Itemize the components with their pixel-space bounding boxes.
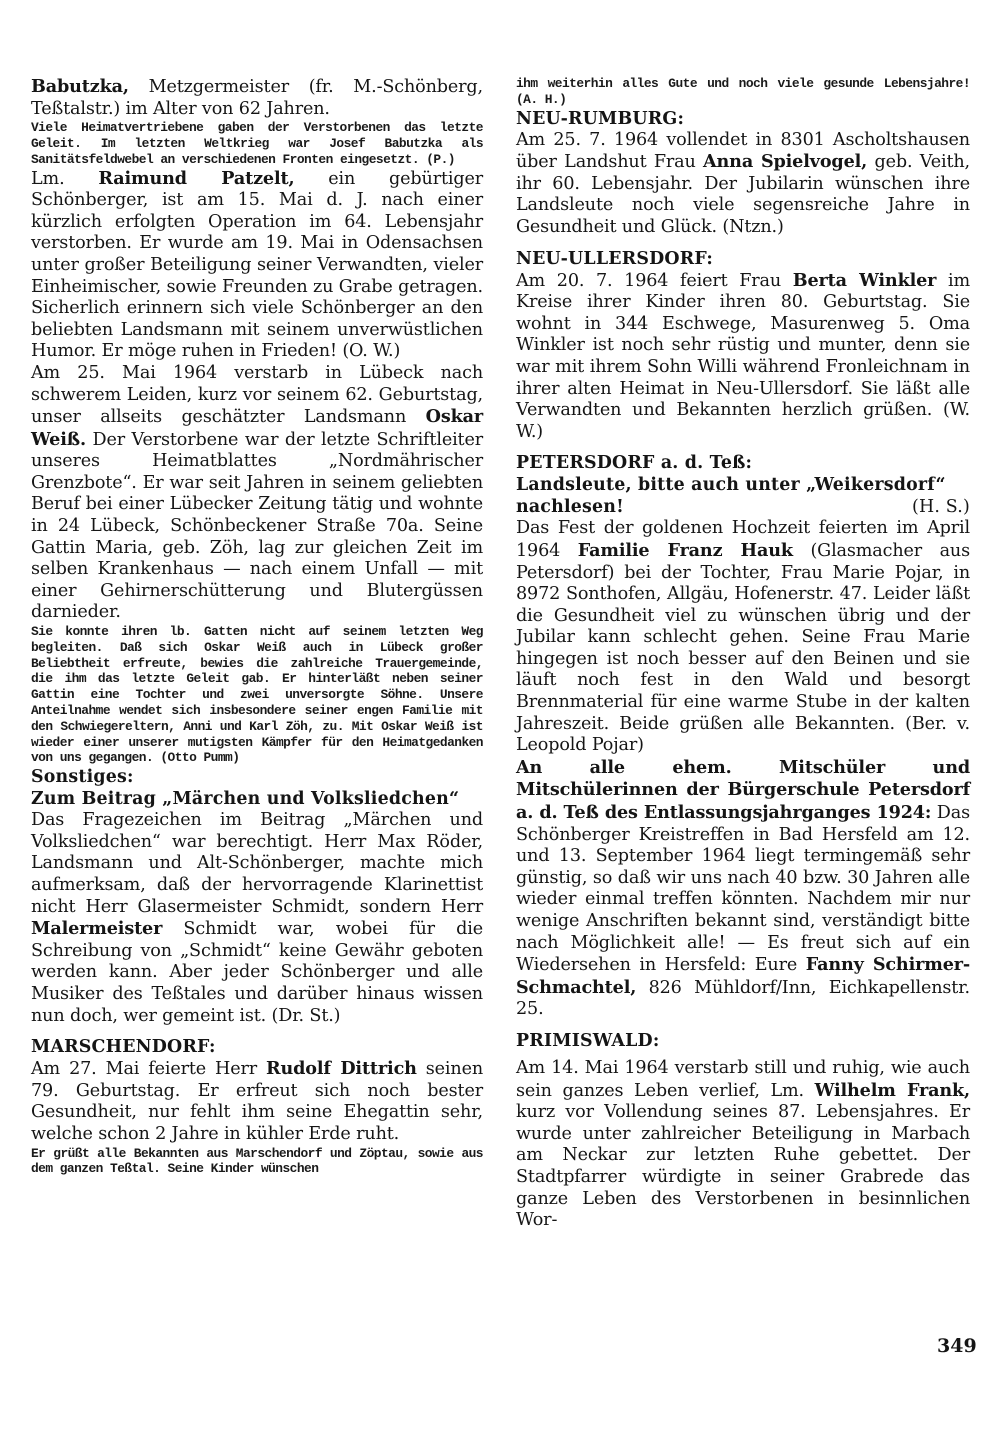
article-paragraph: Lm. Raimund Patzelt, ein gebürtiger Schö… [31, 168, 483, 363]
note-paragraph: Er grüßt alle Bekannten aus Marschendorf… [31, 1146, 483, 1178]
section-heading-zum-beitrag-märchen-und-volksliedchen: Zum Beitrag „Märchen und Volksliedchen“ [31, 788, 483, 810]
section-heading-neu-ullersdorf: NEU-ULLERSDORF: [516, 248, 970, 270]
text-run: Der Verstorbene war der letzte Schriftle… [31, 430, 483, 623]
text-run: im Kreise ihrer Kinder ihren 80. Geburts… [516, 271, 970, 442]
heading-text: Landsleute, bitte auch unter „Weikersdor… [516, 475, 946, 517]
text-run: ein gebürtiger Schönberger, ist am 15. M… [31, 169, 483, 362]
bold-name: Raimund Patzelt, [98, 168, 294, 189]
newsletter-page: Babutzka, Metzgermeister (fr. M.-Schönbe… [0, 0, 1000, 1432]
page-number: 349 [937, 1335, 977, 1357]
text-run: ihm weiterhin alles Gute und noch viele … [516, 76, 970, 107]
article-paragraph: Am 25. Mai 1964 verstarb in Lübeck nach … [31, 363, 483, 624]
section-heading-neu-rumburg: NEU-RUMBURG: [516, 108, 970, 130]
article-paragraph: An alle ehem. Mitschüler und Mitschüleri… [516, 757, 970, 1021]
bold-name: Malermeister [31, 918, 162, 939]
article-paragraph: Am 14. Mai 1964 verstarb still und ruhig… [516, 1058, 970, 1232]
text-run: Lm. [31, 169, 98, 189]
bold-name: Berta Winkler [793, 270, 937, 291]
section-heading-petersdorf-a-d-teß: PETERSDORF a. d. Teß: [516, 452, 970, 474]
text-run: Viele Heimatvertriebene gaben der Versto… [31, 120, 483, 167]
bold-name: Babutzka, [31, 76, 129, 97]
note-paragraph: Viele Heimatvertriebene gaben der Versto… [31, 120, 483, 167]
text-run: Am 25. Mai 1964 verstarb in Lübeck nach … [31, 363, 483, 427]
bold-name: An alle ehem. Mitschüler und Mitschüleri… [516, 757, 970, 823]
section-heading-primiswald: PRIMISWALD: [516, 1030, 970, 1052]
note-paragraph: ihm weiterhin alles Gute und noch viele … [516, 76, 970, 108]
section-heading-landsleute-bitte-auch-unter-weikersdorf-: Landsleute, bitte auch unter „Weikersdor… [516, 474, 970, 518]
left-column: Babutzka, Metzgermeister (fr. M.-Schönbe… [31, 76, 483, 1177]
article-paragraph: Am 27. Mai feierte Herr Rudolf Dittrich … [31, 1058, 483, 1145]
text-run: Er grüßt alle Bekannten aus Marschendorf… [31, 1146, 483, 1177]
text-run: Am 20. 7. 1964 feiert Frau [516, 271, 793, 291]
bold-name: Anna Spielvogel, [703, 151, 867, 172]
bold-name: Rudolf Dittrich [266, 1058, 417, 1079]
text-run: Sie konnte ihren lb. Gatten nicht auf se… [31, 624, 483, 765]
note-paragraph: Sie konnte ihren lb. Gatten nicht auf se… [31, 624, 483, 766]
right-column: ihm weiterhin alles Gute und noch viele … [516, 76, 970, 1232]
text-run: kurz vor Vollendung seines 87. Lebensjah… [516, 1102, 970, 1230]
author-signature: (H. S.) [912, 496, 970, 518]
text-run: Das Fragezeichen im Beitrag „Märchen und… [31, 810, 483, 916]
article-paragraph: Am 20. 7. 1964 feiert Frau Berta Winkler… [516, 270, 970, 444]
bold-name: Familie Franz Hauk [578, 540, 793, 561]
bold-name: Wilhelm Frank, [815, 1080, 970, 1101]
text-run: Das Schönberger Kreistreffen in Bad Hers… [516, 803, 970, 975]
section-heading-sonstiges: Sonstiges: [31, 766, 483, 788]
article-paragraph: Das Fragezeichen im Beitrag „Märchen und… [31, 810, 483, 1027]
article-paragraph: Das Fest der goldenen Hochzeit feierten … [516, 518, 970, 757]
text-run: Am 27. Mai feierte Herr [31, 1059, 266, 1079]
article-paragraph: Am 25. 7. 1964 vollendet in 8301 Ascholt… [516, 130, 970, 239]
text-run: (Glasmacher aus Petersdorf) bei der Toch… [516, 541, 970, 755]
section-heading-marschendorf: MARSCHENDORF: [31, 1036, 483, 1058]
article-paragraph: Babutzka, Metzgermeister (fr. M.-Schönbe… [31, 76, 483, 120]
